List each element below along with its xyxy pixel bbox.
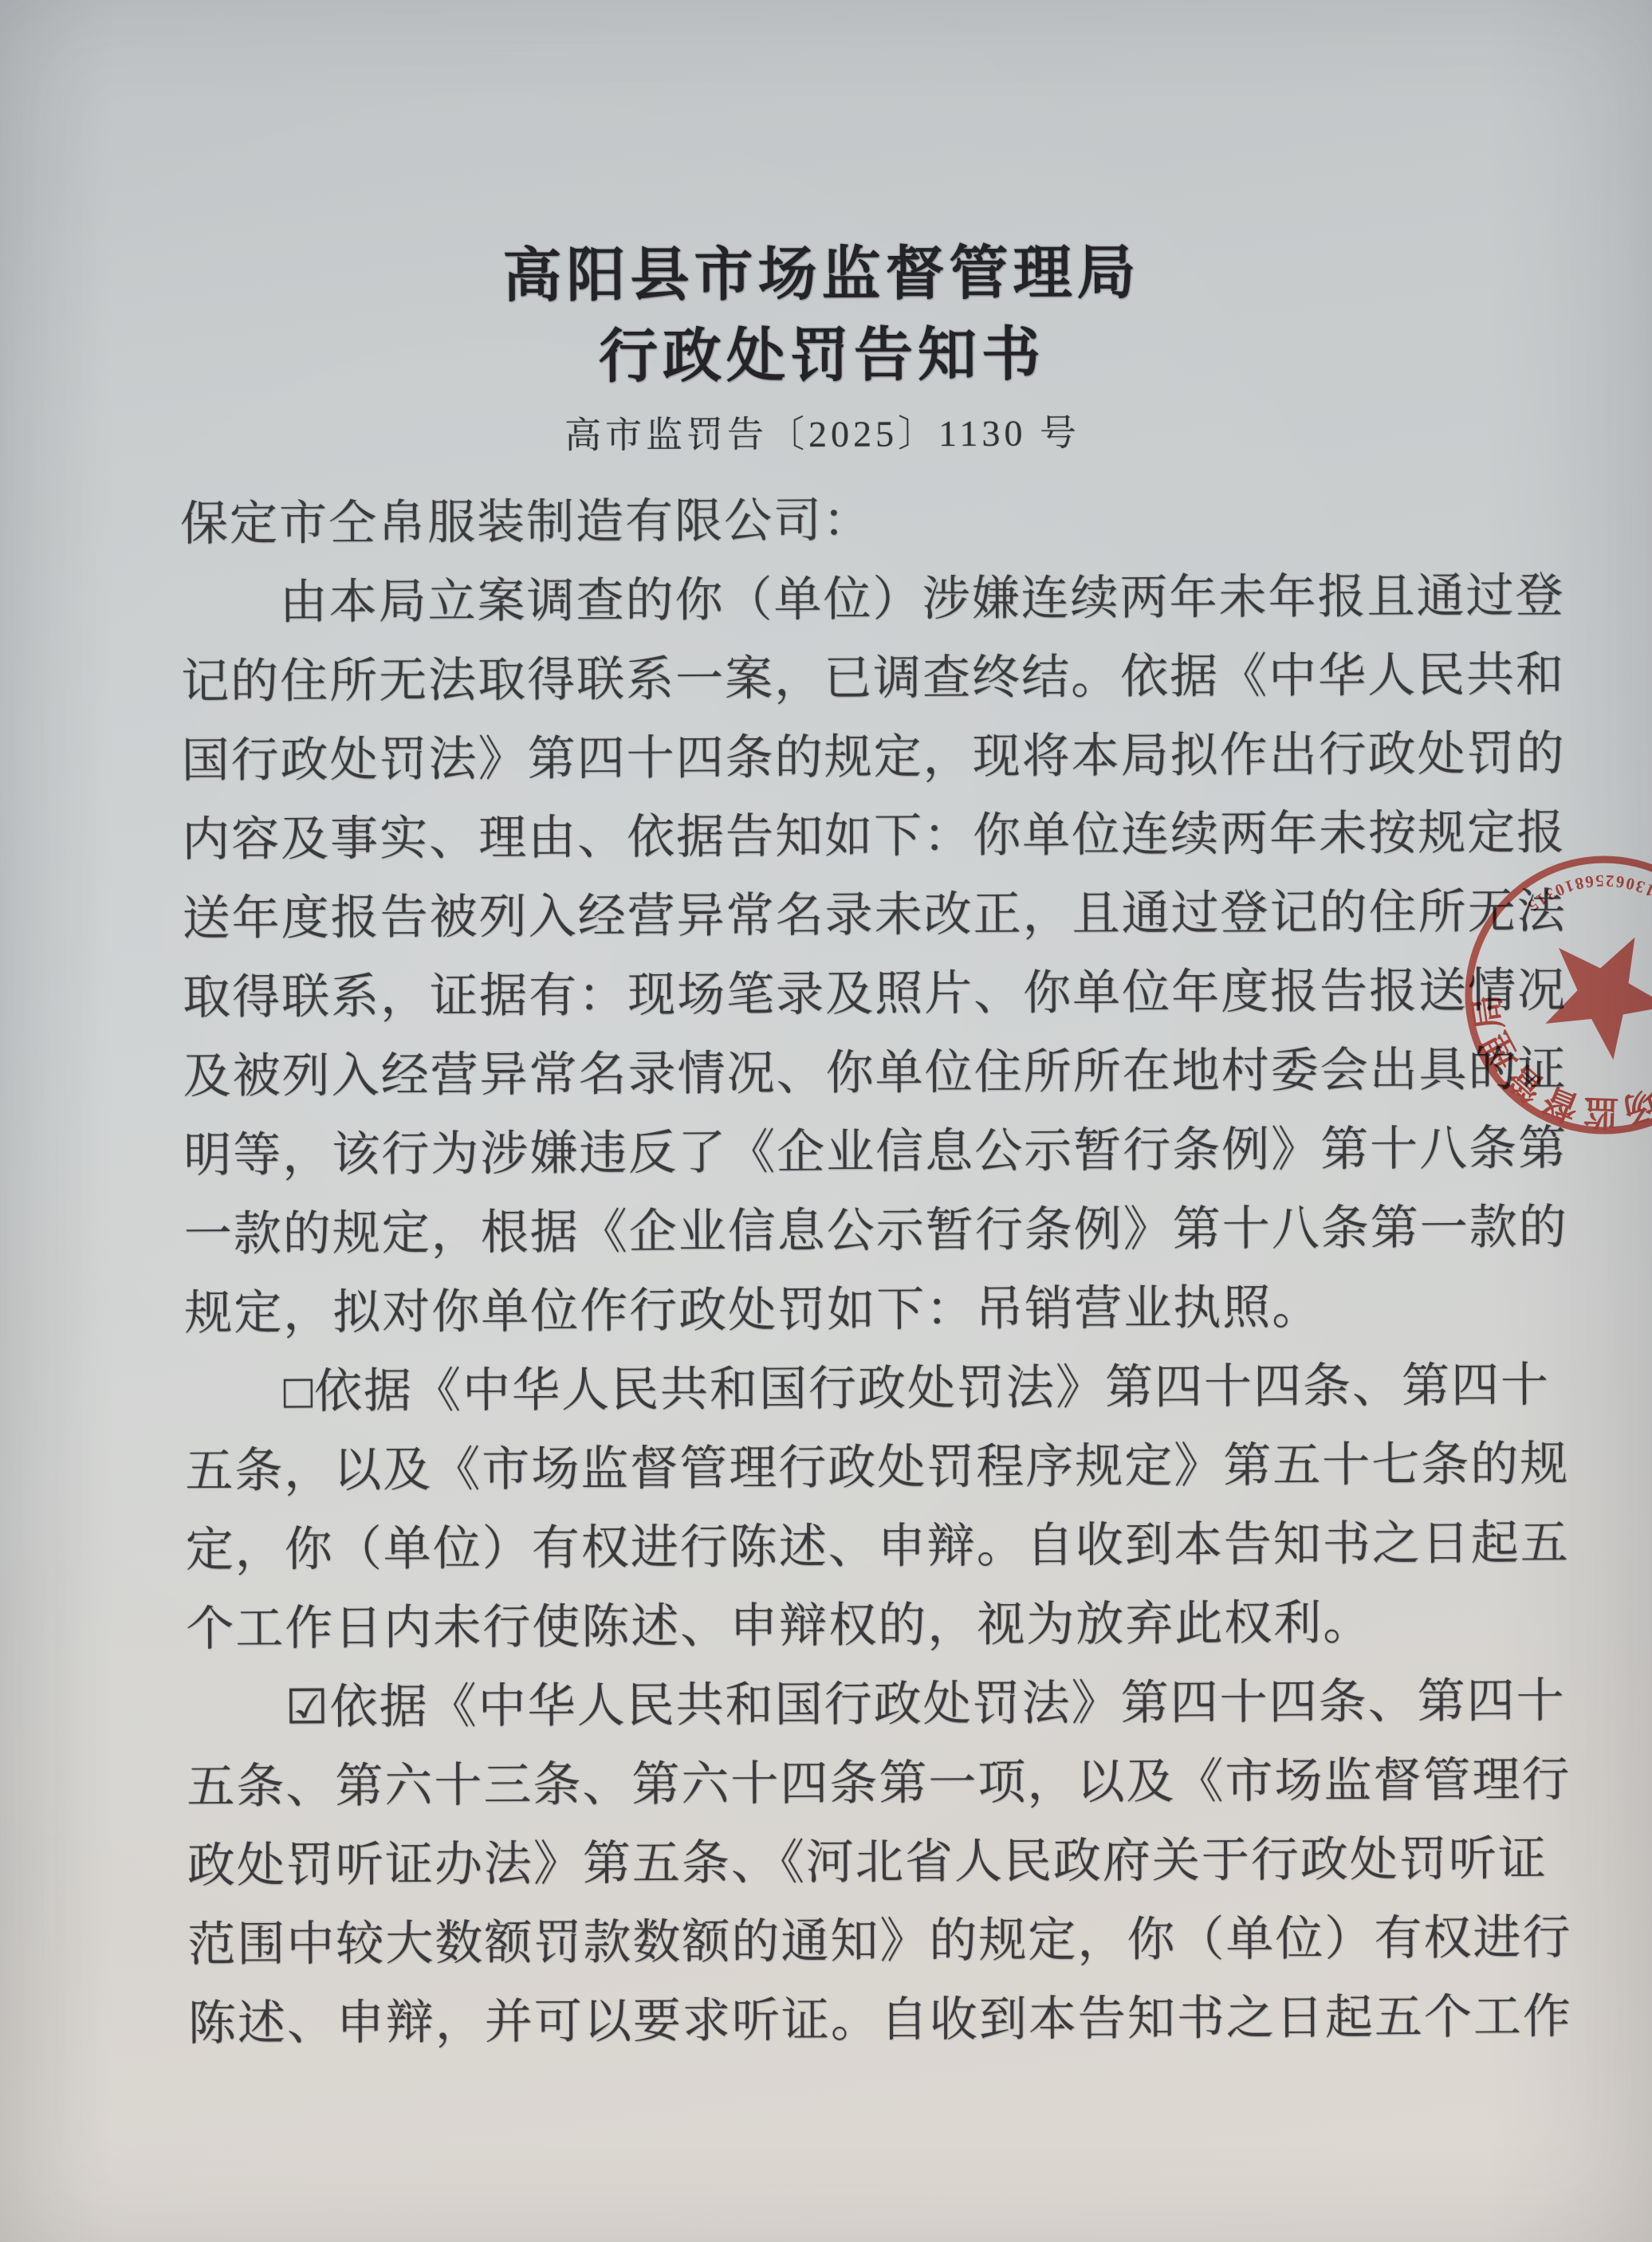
body-line-option-unchecked: □依据《中华人民共和国行政处罚法》第四十四条、第四十 bbox=[185, 1347, 1501, 1433]
body-line: 一款的规定，根据《企业信息公示暂行条例》第十八条第一款的 bbox=[183, 1189, 1499, 1275]
body-line: 送年度报告被列入经营异常名录未改正，且通过登记的住所无法 bbox=[182, 873, 1497, 959]
body-line: 五条，以及《市场监督管理行政处罚程序规定》第五十七条的规 bbox=[185, 1426, 1501, 1512]
doc-number: 高市监罚告〔2025〕1130 号 bbox=[0, 401, 1649, 462]
recipient-line: 保定市仝帛服装制造有限公司： bbox=[180, 478, 1496, 564]
body-line: 及被列入经营异常名录情况、你单位住所所在地村委会出具的证 bbox=[183, 1031, 1498, 1117]
body-line: 五条、第六十三条、第六十四条第一项，以及《市场监督管理行 bbox=[187, 1741, 1502, 1827]
title-line-1: 高阳县市场监督管理局 bbox=[0, 230, 1648, 321]
body-line: 范围中较大数额罚款数额的通知》的规定，你（单位）有权进行 bbox=[187, 1899, 1503, 1985]
body-line: 记的住所无法取得联系一案，已调查终结。依据《中华人民共和 bbox=[181, 636, 1497, 722]
body-line: 内容及事实、理由、依据告知如下：你单位连续两年未按规定报 bbox=[182, 794, 1497, 880]
official-seal: 高阳县市场监督管理局 1306256810315 bbox=[1453, 844, 1652, 1147]
document-content: 高阳县市场监督管理局 行政处罚告知书 高市监罚告〔2025〕1130 号 保定市… bbox=[0, 0, 1652, 2242]
body-line: 定，你（单位）有权进行陈述、申辩。自收到本告知书之日起五 bbox=[186, 1504, 1501, 1591]
document-photo: 高阳县市场监督管理局 行政处罚告知书 高市监罚告〔2025〕1130 号 保定市… bbox=[0, 0, 1652, 2242]
seal-star bbox=[1536, 934, 1652, 1068]
document-body: 保定市仝帛服装制造有限公司： 由本局立案调查的你（单位）涉嫌连续两年未年报且通过… bbox=[180, 478, 1504, 2064]
body-line: 由本局立案调查的你（单位）涉嫌连续两年未年报且通过登 bbox=[180, 557, 1496, 643]
body-line: 明等，该行为涉嫌违反了《企业信息公示暂行条例》第十八条第 bbox=[183, 1110, 1499, 1196]
body-line: 国行政处罚法》第四十四条的规定，现将本局拟作出行政处罚的 bbox=[181, 715, 1497, 801]
body-line: 取得联系，证据有：现场笔录及照片、你单位年度报告报送情况 bbox=[183, 952, 1498, 1038]
body-line: 个工作日内未行使陈述、申辩权的，视为放弃此权利。 bbox=[186, 1583, 1501, 1670]
title-line-2: 行政处罚告知书 bbox=[0, 312, 1648, 402]
seal-code-text: 1306256810315 bbox=[1520, 863, 1652, 918]
body-line: 陈述、申辩，并可以要求听证。自收到本告知书之日起五个工作 bbox=[188, 1978, 1504, 2064]
body-line-option-checked: ☑依据《中华人民共和国行政处罚法》第四十四条、第四十 bbox=[187, 1662, 1502, 1748]
body-line: 政处罚听证办法》第五条、《河北省人民政府关于行政处罚听证 bbox=[187, 1820, 1503, 1906]
body-line: 规定，拟对你单位作行政处罚如下：吊销营业执照。 bbox=[184, 1268, 1500, 1354]
page-title: 高阳县市场监督管理局 行政处罚告知书 bbox=[0, 230, 1648, 402]
